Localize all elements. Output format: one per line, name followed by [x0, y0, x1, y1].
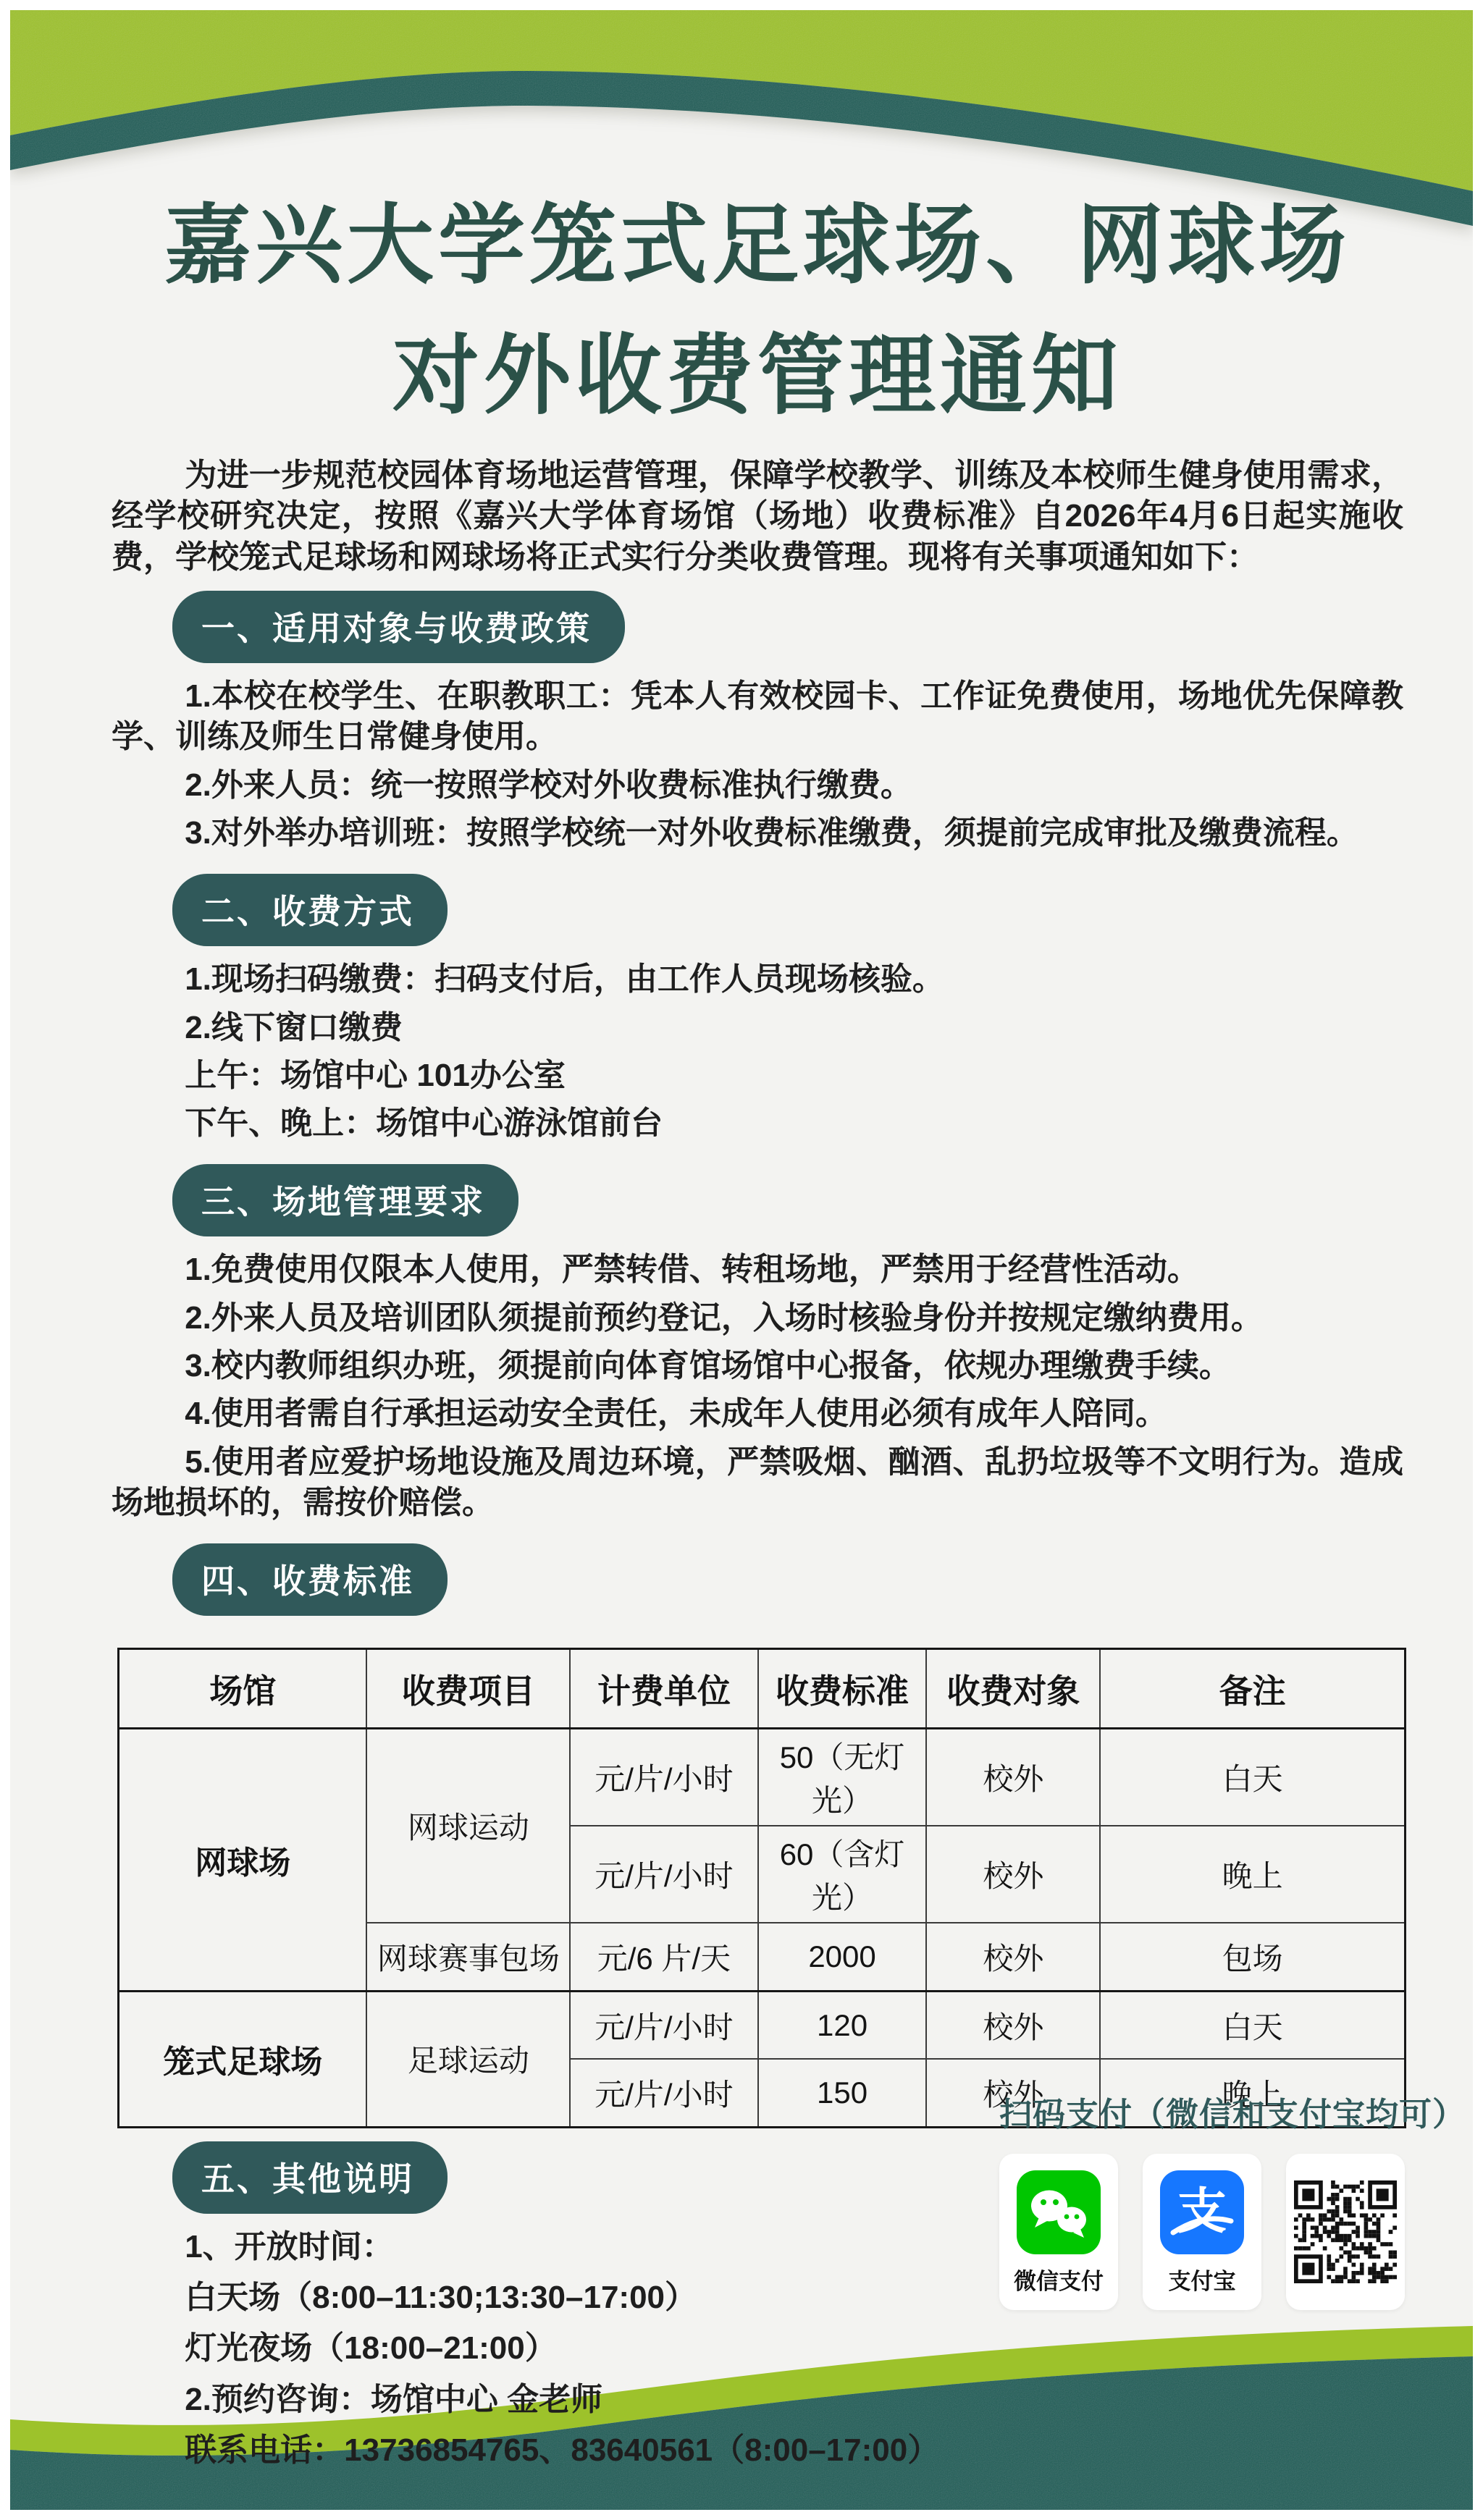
table-header-target: 收费对象: [926, 1649, 1100, 1729]
section-5-item: 白天场（8:00–11:30;13:30–17:00）: [112, 2277, 1024, 2318]
table-cell-note: 白天: [1100, 1729, 1405, 1826]
payment-title: 扫码支付（微信和支付宝均可）: [999, 2088, 1434, 2135]
table-cell-note: 包场: [1100, 1923, 1405, 1991]
section-1-item: 1.本校在校学生、在职教职工：凭本人有效校园卡、工作证免费使用，场地优先保障教学…: [112, 676, 1403, 758]
section-2-heading-pill: 二、收费方式: [172, 874, 448, 946]
page-title-line-2: 对外收费管理通知: [112, 311, 1403, 441]
alipay-card: 支 支付宝: [1143, 2154, 1261, 2310]
table-cell-price: 120: [758, 1991, 927, 2059]
alipay-icon: 支: [1159, 2169, 1245, 2256]
section-1-heading-pill: 一、适用对象与收费政策: [172, 591, 625, 663]
wechat-pay-icon: [1015, 2169, 1102, 2256]
table-cell-unit: 元/片/小时: [570, 1826, 757, 1923]
section-1-item: 2.外来人员：统一按照学校对外收费标准执行缴费。: [112, 765, 1403, 806]
page-title: 嘉兴大学笼式足球场、网球场 对外收费管理通知: [112, 180, 1403, 441]
qr-code: [1294, 2180, 1397, 2283]
table-row: 笼式足球场 足球运动 元/片/小时 120 校外 白天: [119, 1991, 1406, 2059]
section-3-item: 2.外来人员及培训团队须提前预约登记，入场时核验身份并按规定缴纳费用。: [112, 1298, 1403, 1339]
section-1-item: 3.对外举办培训班：按照学校统一对外收费标准缴费，须提前完成审批及缴费流程。: [112, 813, 1403, 854]
table-cell-unit: 元/片/小时: [570, 2059, 757, 2127]
section-4-heading-pill: 四、收费标准: [172, 1543, 448, 1616]
section-3-item: 1.免费使用仅限本人使用，严禁转借、转租场地，严禁用于经营性活动。: [112, 1250, 1403, 1290]
section-5-item: 灯光夜场（18:00–21:00）: [112, 2328, 1024, 2369]
table-cell-price: 2000: [758, 1923, 927, 1991]
alipay-label: 支付宝: [1169, 2263, 1236, 2296]
table-cell-target: 校外: [926, 1826, 1100, 1923]
table-cell-unit: 元/片/小时: [570, 1991, 757, 2059]
table-cell-unit: 元/6 片/天: [570, 1923, 757, 1991]
section-2-item: 2.线下窗口缴费: [112, 1008, 1403, 1048]
table-cell-target: 校外: [926, 1923, 1100, 1991]
table-cell-unit: 元/片/小时: [570, 1729, 757, 1826]
wechat-pay-label: 微信支付: [1014, 2263, 1104, 2296]
table-cell-target: 校外: [926, 1991, 1100, 2059]
section-3-item: 5.使用者应爱护场地设施及周边环境，严禁吸烟、酗酒、乱扔垃圾等不文明行为。造成场…: [112, 1442, 1403, 1524]
qr-card: [1286, 2154, 1405, 2310]
section-5-item: 1、开放时间：: [112, 2227, 1024, 2267]
intro-paragraph: 为进一步规范校园体育场地运营管理，保障学校教学、训练及本校师生健身使用需求，经学…: [112, 455, 1403, 578]
section-5-heading-pill: 五、其他说明: [172, 2141, 448, 2214]
table-header-venue: 场馆: [119, 1649, 367, 1729]
table-cell-price: 50（无灯光）: [758, 1729, 927, 1826]
page-title-line-1: 嘉兴大学笼式足球场、网球场: [112, 180, 1403, 311]
table-cell-venue: 网球场: [119, 1729, 367, 1992]
section-3-heading-pill: 三、场地管理要求: [172, 1164, 518, 1236]
table-cell-note: 晚上: [1100, 1826, 1405, 1923]
payment-block: 扫码支付（微信和支付宝均可） 微信支付: [999, 2088, 1434, 2310]
table-cell-price: 60（含灯光）: [758, 1826, 927, 1923]
section-5-item: 联系电话：13736854765、83640561（8:00–17:00）: [112, 2430, 1024, 2471]
section-5-item: 2.预约咨询：场馆中心 金老师: [112, 2380, 1024, 2420]
poster: 嘉兴大学笼式足球场、网球场 对外收费管理通知 为进一步规范校园体育场地运营管理，…: [10, 10, 1473, 2510]
table-row: 网球场 网球运动 元/片/小时 50（无灯光） 校外 白天: [119, 1729, 1406, 1826]
table-header-project: 收费项目: [366, 1649, 570, 1729]
table-cell-project: 足球运动: [366, 1991, 570, 2127]
table-cell-note: 白天: [1100, 1991, 1405, 2059]
svg-text:支: 支: [1177, 2183, 1227, 2241]
section-3-item: 4.使用者需自行承担运动安全责任，未成年人使用必须有成年人陪同。: [112, 1394, 1403, 1434]
table-cell-project: 网球赛事包场: [366, 1923, 570, 1991]
table-header-unit: 计费单位: [570, 1649, 757, 1729]
table-cell-project: 网球运动: [366, 1729, 570, 1923]
section-3-item: 3.校内教师组织办班，须提前向体育馆场馆中心报备，依规办理缴费手续。: [112, 1346, 1403, 1386]
section-2-item: 1.现场扫码缴费：扫码支付后，由工作人员现场核验。: [112, 959, 1403, 1000]
wechat-pay-card: 微信支付: [999, 2154, 1118, 2310]
table-header-note: 备注: [1100, 1649, 1405, 1729]
payment-cards: 微信支付 支 支付宝: [999, 2154, 1434, 2310]
table-cell-price: 150: [758, 2059, 927, 2127]
table-cell-venue: 笼式足球场: [119, 1991, 367, 2127]
table-cell-target: 校外: [926, 1729, 1100, 1826]
table-header-price: 收费标准: [758, 1649, 927, 1729]
section-2-item: 下午、晚上：场馆中心游泳馆前台: [112, 1103, 1403, 1144]
section-2-item: 上午：场馆中心 101办公室: [112, 1055, 1403, 1096]
fee-table-header-row: 场馆 收费项目 计费单位 收费标准 收费对象 备注: [119, 1649, 1406, 1729]
fee-table: 场馆 收费项目 计费单位 收费标准 收费对象 备注 网球场 网球运动 元/片/小…: [117, 1648, 1406, 2128]
